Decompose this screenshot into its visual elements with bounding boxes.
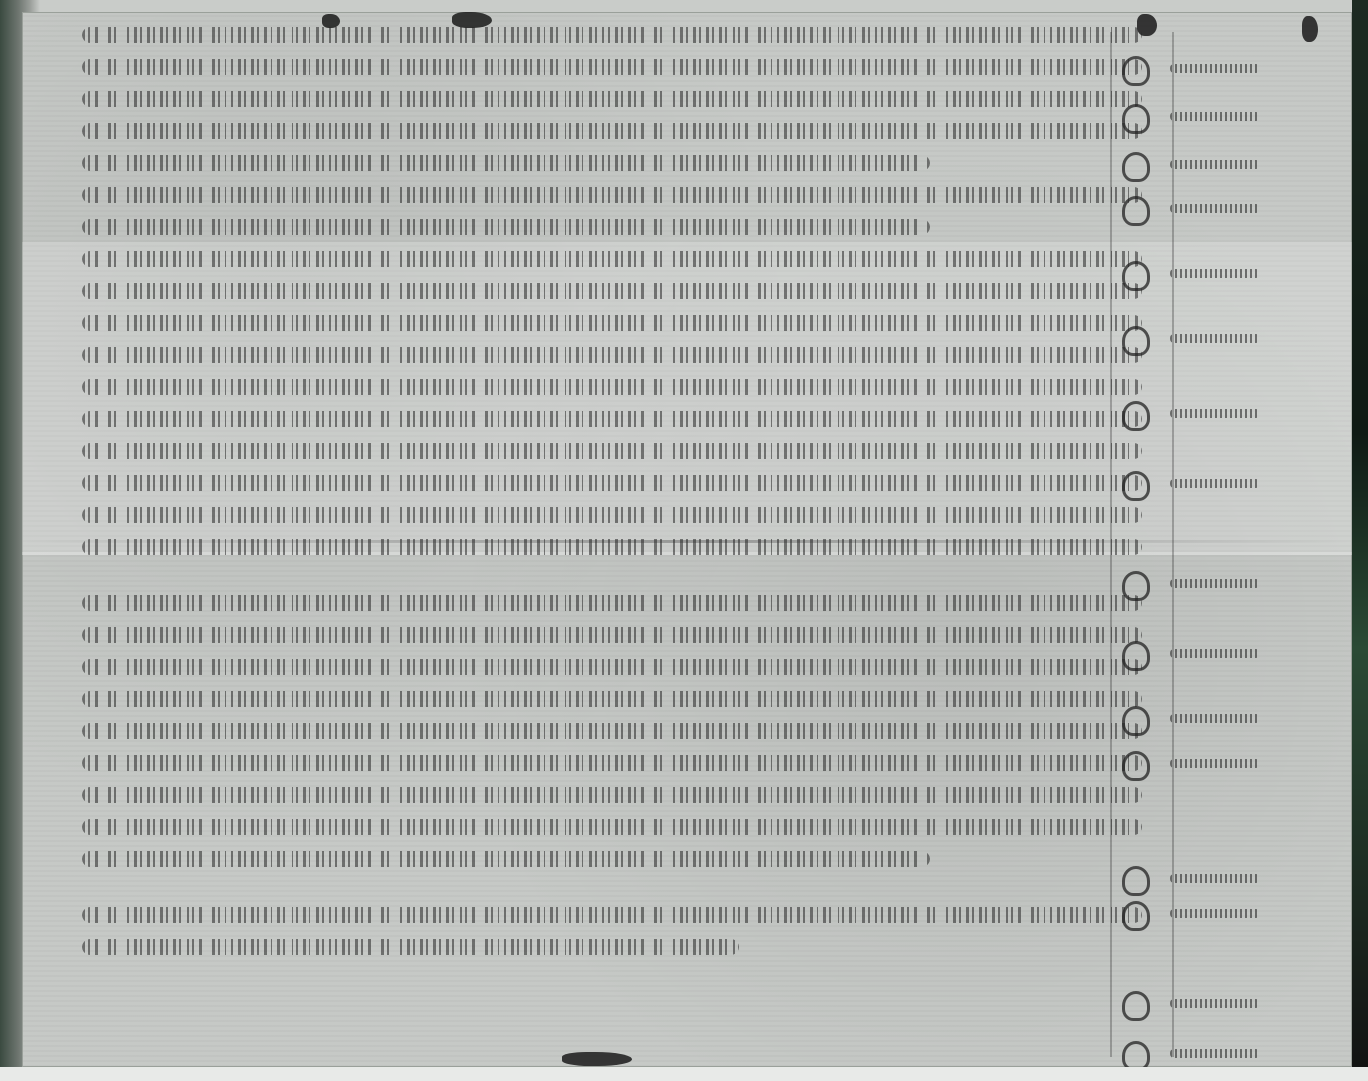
margin-number — [1112, 1037, 1156, 1071]
margin-number — [1112, 862, 1156, 896]
photo-edge — [0, 1067, 1368, 1081]
margin-number — [1112, 897, 1156, 931]
margin-note — [1112, 897, 1260, 931]
margin-note — [1112, 1037, 1260, 1071]
manuscript-line — [82, 340, 1142, 370]
manuscript-line — [82, 84, 1142, 114]
margin-number — [1112, 322, 1156, 356]
margin-gloss — [1170, 332, 1260, 346]
margin-note — [1112, 52, 1260, 86]
manuscript-line — [82, 588, 1142, 618]
manuscript-line — [82, 716, 1142, 746]
margin-note — [1112, 397, 1260, 431]
handwriting-stroke — [82, 539, 1142, 555]
manuscript-line — [82, 372, 1142, 402]
margin-number — [1112, 100, 1156, 134]
margin-gloss — [1170, 757, 1260, 771]
manuscript-line — [82, 116, 1142, 146]
handwriting-stroke — [82, 851, 930, 867]
margin-gloss — [1170, 110, 1260, 124]
margin-note — [1112, 987, 1260, 1021]
handwriting-stroke — [82, 939, 739, 955]
manuscript-line — [82, 932, 1142, 962]
manuscript-line — [82, 404, 1142, 434]
manuscript-body — [82, 20, 1142, 964]
margin-note — [1112, 257, 1260, 291]
handwriting-stroke — [82, 595, 1142, 611]
handwriting-stroke — [82, 155, 930, 171]
manuscript-line — [82, 468, 1142, 498]
handwriting-stroke — [82, 347, 1142, 363]
handwriting-stroke — [82, 787, 1142, 803]
margin-gloss — [1170, 477, 1260, 491]
margin-gloss — [1170, 62, 1260, 76]
section-gap — [82, 564, 1142, 588]
manuscript-line — [82, 620, 1142, 650]
manuscript-line — [82, 900, 1142, 930]
margin-number — [1112, 637, 1156, 671]
manuscript-sheet — [22, 12, 1352, 1067]
margin-gloss — [1170, 1047, 1260, 1061]
manuscript-line — [82, 276, 1142, 306]
margin-number — [1112, 702, 1156, 736]
margin-gloss — [1170, 202, 1260, 216]
manuscript-line — [82, 244, 1142, 274]
margin-gloss — [1170, 577, 1260, 591]
photo-edge — [1352, 0, 1368, 1081]
margin-annotations — [1112, 12, 1332, 1067]
manuscript-line — [82, 52, 1142, 82]
margin-note — [1112, 100, 1260, 134]
section-gap — [82, 876, 1142, 900]
margin-note — [1112, 467, 1260, 501]
handwriting-stroke — [82, 91, 1142, 107]
manuscript-line — [82, 20, 1142, 50]
margin-number — [1112, 747, 1156, 781]
margin-note — [1112, 148, 1260, 182]
margin-note — [1112, 702, 1260, 736]
manuscript-line — [82, 652, 1142, 682]
manuscript-line — [82, 308, 1142, 338]
manuscript-line — [82, 500, 1142, 530]
margin-note — [1112, 192, 1260, 226]
margin-number — [1112, 987, 1156, 1021]
handwriting-stroke — [82, 123, 1142, 139]
handwriting-stroke — [82, 187, 1142, 203]
margin-note — [1112, 322, 1260, 356]
margin-gloss — [1170, 267, 1260, 281]
margin-gloss — [1170, 647, 1260, 661]
handwriting-stroke — [82, 659, 1142, 675]
margin-gloss — [1170, 872, 1260, 886]
manuscript-line — [82, 748, 1142, 778]
handwriting-stroke — [82, 507, 1142, 523]
margin-gloss — [1170, 997, 1260, 1011]
handwriting-stroke — [82, 755, 1142, 771]
margin-gloss — [1170, 712, 1260, 726]
manuscript-line — [82, 812, 1142, 842]
margin-number — [1112, 257, 1156, 291]
manuscript-line — [82, 436, 1142, 466]
margin-number — [1112, 148, 1156, 182]
margin-gloss — [1170, 407, 1260, 421]
manuscript-line — [82, 684, 1142, 714]
margin-note — [1112, 637, 1260, 671]
margin-number — [1112, 397, 1156, 431]
ink-damage — [562, 1052, 632, 1066]
margin-gloss — [1170, 158, 1260, 172]
margin-number — [1112, 52, 1156, 86]
manuscript-line — [82, 532, 1142, 562]
handwriting-stroke — [82, 907, 1142, 923]
handwriting-stroke — [82, 723, 1142, 739]
handwriting-stroke — [82, 819, 1142, 835]
manuscript-photo — [0, 0, 1368, 1081]
handwriting-stroke — [82, 443, 1142, 459]
manuscript-line — [82, 212, 1142, 242]
handwriting-stroke — [82, 219, 930, 235]
manuscript-line — [82, 148, 1142, 178]
manuscript-line — [82, 844, 1142, 874]
margin-number — [1112, 567, 1156, 601]
handwriting-stroke — [82, 315, 1142, 331]
margin-gloss — [1170, 907, 1260, 921]
handwriting-stroke — [82, 27, 1142, 43]
margin-number — [1112, 192, 1156, 226]
handwriting-stroke — [82, 59, 1142, 75]
handwriting-stroke — [82, 691, 1142, 707]
handwriting-stroke — [82, 411, 1142, 427]
handwriting-stroke — [82, 251, 1142, 267]
manuscript-line — [82, 780, 1142, 810]
manuscript-line — [82, 180, 1142, 210]
handwriting-stroke — [82, 379, 1142, 395]
handwriting-stroke — [82, 627, 1142, 643]
handwriting-stroke — [82, 475, 1142, 491]
handwriting-stroke — [82, 283, 1142, 299]
margin-note — [1112, 747, 1260, 781]
margin-note — [1112, 567, 1260, 601]
margin-number — [1112, 467, 1156, 501]
margin-note — [1112, 862, 1260, 896]
